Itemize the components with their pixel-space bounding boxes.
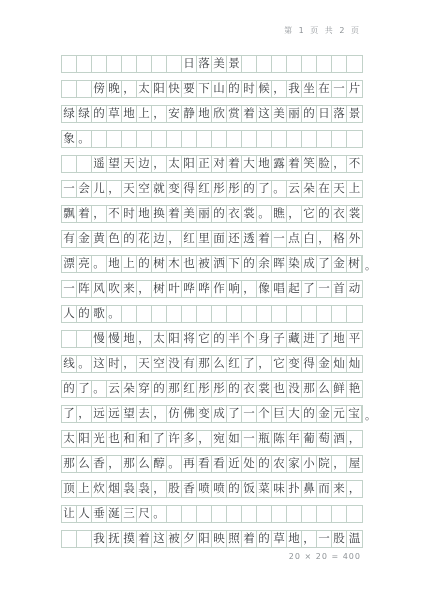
grid-cell: 晖 [272,256,287,272]
grid-cell: 上 [77,481,92,497]
grid-cell: 的 [302,406,317,422]
grid-cell: 。 [257,206,272,222]
grid-cell: 亮 [77,256,92,272]
grid-cell: 露 [272,156,287,172]
grid-cell: 瓶 [257,431,272,447]
grid-cell: 喷 [212,481,227,497]
grid-cell: ， [332,456,347,472]
grid-cell: 下 [197,81,212,97]
grid-row: 慢慢地，太阳将它的半个身子藏进了地平 [61,330,363,348]
grid-cell: 响 [227,281,242,297]
grid-cell [62,331,77,347]
grid-cell: 变 [167,181,182,197]
grid-cell: 树 [152,256,167,272]
grid-cell [137,306,152,322]
grid-cell: 灿 [332,356,347,372]
grid-cell: 了 [257,181,272,197]
grid-cell [212,306,227,322]
grid-cell [152,306,167,322]
grid-cell: 股 [167,481,182,497]
grid-cell: 鼻 [302,481,317,497]
grid-cell: 红 [227,356,242,372]
grid-cell: 。 [92,381,107,397]
grid-cell: 去 [137,406,152,422]
grid-cell [257,306,272,322]
grid-cell [167,131,182,147]
grid-cell: 光 [92,431,107,447]
grid-cell: 。 [152,506,167,522]
grid-cell: 上 [122,256,137,272]
grid-cell: 正 [197,156,212,172]
grid-cell: 裳 [242,206,257,222]
grid-cell [227,306,242,322]
grid-cell: 个 [242,331,257,347]
grid-cell: 换 [152,206,167,222]
grid-cell: 云 [287,181,302,197]
grid-cell: 炊 [92,481,107,497]
grid-cell: 彤 [212,381,227,397]
grid-cell [152,56,167,72]
grid-cell: 太 [152,331,167,347]
grid-cell [212,506,227,522]
grid-cell: ， [257,356,272,372]
grid-row: 太阳光也和和了许多，宛如一瓶陈年葡萄酒， [61,430,363,448]
grid-cell: 地 [122,331,137,347]
grid-cell: 地 [197,106,212,122]
grid-cell [287,306,302,322]
grid-cell: 香 [92,456,107,472]
grid-cell: ， [347,431,362,447]
grid-cell: 首 [332,281,347,297]
grid-cell: 笑 [302,156,317,172]
grid-cell: 没 [287,381,302,397]
grid-cell [92,131,107,147]
grid-cell: 美 [272,106,287,122]
grid-cell: 那 [122,456,137,472]
grid-cell: 阵 [77,281,92,297]
grid-cell: 在 [317,81,332,97]
grid-cell [347,131,362,147]
grid-cell: 金 [317,356,332,372]
grid-cell [317,56,332,72]
grid-cell: 阳 [182,156,197,172]
grid-row: 飘着，不时地换着美丽的衣裳。瞧，它的衣裳 [61,205,363,223]
grid-cell: 对 [212,156,227,172]
grid-cell: 它 [302,206,317,222]
grid-cell: 慢 [107,331,122,347]
composition-page: 第 1 页 共 2 页 日落美景傍晚，太阳快要下山的时候，我坐在一片绿绿的草地上… [0,0,423,600]
grid-cell: 脸 [317,156,332,172]
grid-cell: 格 [332,231,347,247]
grid-row: 让人垂涎三尺。 [61,505,363,523]
grid-cell [272,506,287,522]
grid-cell: 这 [152,531,167,547]
grid-cell: 上 [347,181,362,197]
grid-cell: 景 [347,106,362,122]
grid-cell [257,131,272,147]
grid-cell [182,131,197,147]
grid-cell: 饭 [242,481,257,497]
grid-cell [317,306,332,322]
grid-cell [137,56,152,72]
grid-cell: 么 [317,381,332,397]
grid-cell [272,306,287,322]
grid-cell: 里 [197,231,212,247]
grid-cell: 宛 [212,431,227,447]
grid-cell: 朵 [122,381,137,397]
grid-cell: 仿 [167,406,182,422]
grid-cell: 么 [77,456,92,472]
grid-cell: 候 [257,81,272,97]
grid-cell: 。 [92,256,107,272]
grid-cell [167,306,182,322]
grid-cell: 抚 [107,531,122,547]
grid-cell: 丽 [287,106,302,122]
grid-row: 遥望天边，太阳正对着大地露着笑脸，不 [61,155,363,173]
grid-cell: 烟 [107,481,122,497]
grid-cell: 那 [167,381,182,397]
grid-cell: 阳 [197,531,212,547]
grid-cell: 太 [62,431,77,447]
grid-cell [242,56,257,72]
grid-cell: 变 [197,406,212,422]
grid-cell: 着 [77,206,92,222]
grid-cell: 望 [107,156,122,172]
grid-cell: 赏 [227,106,242,122]
grid-cell: 绿 [62,106,77,122]
grid-cell [197,131,212,147]
grid-cell: ， [152,156,167,172]
grid-cell: 山 [212,81,227,97]
grid-cell [197,306,212,322]
grid-cell: 裳 [257,381,272,397]
grid-cell: 。 [107,306,122,322]
grid-cell: 在 [317,181,332,197]
grid-cell: 起 [287,281,302,297]
grid-cell: 云 [107,381,122,397]
grid-cell: 一 [62,181,77,197]
grid-cell: 味 [272,481,287,497]
grid-cell: 半 [227,331,242,347]
grid-cell [152,131,167,147]
grid-cell [257,506,272,522]
grid-cell: 唱 [272,281,287,297]
grid-cell: 将 [182,331,197,347]
grid-cell: 望 [122,406,137,422]
grid-cell: 歌 [92,306,107,322]
grid-cell: 的 [137,256,152,272]
grid-cell: ， [152,106,167,122]
grid-cell: 安 [167,106,182,122]
grid-cell: 儿 [92,181,107,197]
grid-cell [347,306,362,322]
grid-cell [77,56,92,72]
grid-cell: 的 [257,531,272,547]
grid-cell: ， [287,206,302,222]
grid-cell: 的 [242,256,257,272]
grid-cell: 就 [152,181,167,197]
grid-cell: 。 [77,356,92,372]
grid-cell: 来 [332,481,347,497]
grid-cell [107,131,122,147]
grid-cell: 。 [167,456,182,472]
grid-cell [227,506,242,522]
grid-cell [287,506,302,522]
grid-cell: 的 [227,81,242,97]
grid-cell: 的 [77,306,92,322]
grid-cell: 落 [197,56,212,72]
grid-cell: 人 [62,306,77,322]
hanging-punctuation: 。 [365,257,376,273]
grid-cell: 大 [242,156,257,172]
grid-cell: 丽 [197,206,212,222]
grid-cell: 着 [257,231,272,247]
grid-cell: 地 [257,156,272,172]
grid-cell: 一 [62,281,77,297]
grid-cell: 哗 [197,281,212,297]
grid-cell: 有 [62,231,77,247]
grid-cell: 不 [347,156,362,172]
grid-cell: 和 [122,431,137,447]
grid-cell: 红 [182,231,197,247]
grid-cell: 成 [302,256,317,272]
grid-cell: 树 [347,256,362,272]
grid-cell: 吹 [107,281,122,297]
grid-cell: 这 [257,106,272,122]
grid-cell: 一 [317,281,332,297]
grid-cell: 变 [287,356,302,372]
grid-cell [77,156,92,172]
grid-cell: 穿 [137,381,152,397]
grid-cell: 金 [332,256,347,272]
grid-cell: 时 [242,81,257,97]
grid-cell: 着 [137,531,152,547]
grid-cell: 处 [242,456,257,472]
grid-cell: 那 [302,381,317,397]
grid-cell: 的 [227,481,242,497]
grid-row: 日落美景 [61,55,363,73]
grid-cell: 朵 [302,181,317,197]
grid-cell: 遥 [92,156,107,172]
grid-cell: 香 [182,481,197,497]
grid-cell: 染 [287,256,302,272]
grid-cell: 余 [257,256,272,272]
grid-cell: 作 [212,281,227,297]
grid-cell: 如 [227,431,242,447]
grid-cell: 子 [272,331,287,347]
grid-cell: 宝 [347,406,362,422]
grid-cell: 摸 [122,531,137,547]
grid-cell: 再 [182,456,197,472]
grid-cell: 顶 [62,481,77,497]
grid-cell: 巨 [272,406,287,422]
grid-cell: 天 [122,181,137,197]
grid-cell: 边 [137,156,152,172]
grid-row: 线。这时，天空没有那么红了，它变得金灿灿 [61,355,363,373]
grid-cell: 屋 [347,456,362,472]
grid-cell: 外 [347,231,362,247]
grid-cell: ， [302,531,317,547]
grid-cell: 得 [302,356,317,372]
grid-cell: 也 [182,256,197,272]
grid-cell: 了 [317,331,332,347]
grid-cell: 草 [272,531,287,547]
grid-cell: 彤 [227,181,242,197]
grid-cell: 美 [212,56,227,72]
grid-cell: ， [92,206,107,222]
grid-cell: 的 [302,106,317,122]
grid-cell: ， [137,281,152,297]
grid-cell: 太 [167,156,182,172]
grid-cell [287,56,302,72]
grid-cell: 菜 [257,481,272,497]
grid-cell [302,56,317,72]
grid-cell: 欣 [212,106,227,122]
grid-cell: 有 [182,356,197,372]
grid-cell: 年 [287,431,302,447]
grid-row: 我抚摸着这被夕阳映照着的草地，一股温 [61,530,363,548]
grid-cell: 的 [62,381,77,397]
grid-row: 了，远远望去，仿佛变成了一个巨大的金元宝。 [61,405,363,423]
grid-cell: 白 [302,231,317,247]
grid-cell [347,56,362,72]
grid-row: 漂亮。地上的树木也被洒下的余晖染成了金树。 [61,255,363,273]
grid-cell: 垂 [92,506,107,522]
grid-cell: 我 [287,81,302,97]
grid-cell [77,531,92,547]
grid-cell: 太 [137,81,152,97]
grid-cell: 艳 [347,381,362,397]
grid-cell: 多 [182,431,197,447]
grid-cell: 的 [212,206,227,222]
grid-cell: 得 [182,181,197,197]
grid-cell: 天 [122,156,137,172]
grid-cell: 花 [137,231,152,247]
grid-cell: 天 [332,181,347,197]
grid-cell: 也 [272,381,287,397]
grid-cell: 日 [317,106,332,122]
grid-cell [242,131,257,147]
grid-cell: 喷 [197,481,212,497]
grid-cell [122,306,137,322]
grid-cell: 和 [137,431,152,447]
grid-cell: 了 [77,381,92,397]
grid-cell: 元 [332,406,347,422]
grid-cell: 片 [347,81,362,97]
grid-cell [182,306,197,322]
grid-cell: 也 [107,431,122,447]
grid-cell [62,156,77,172]
grid-cell: 而 [317,481,332,497]
grid-cell: 它 [272,356,287,372]
grid-cell: 不 [107,206,122,222]
grid-cell: 空 [152,356,167,372]
grid-cell: 裳 [347,206,362,222]
grid-cell [122,56,137,72]
grid-cell: 被 [197,256,212,272]
grid-cell: ， [137,331,152,347]
grid-cell: 点 [287,231,302,247]
grid-cell: 的 [317,206,332,222]
grid-cell: 时 [107,356,122,372]
grid-cell: 要 [182,81,197,97]
grid-cell [92,56,107,72]
grid-cell [317,131,332,147]
grid-row: 象。 [61,130,363,148]
grid-cell: 金 [317,406,332,422]
grid-cell: 红 [182,381,197,397]
grid-cell: 着 [287,156,302,172]
grid-cell [227,131,242,147]
grid-cell: ， [332,156,347,172]
grid-cell: 没 [167,356,182,372]
grid-cell: 的 [257,456,272,472]
grid-cell: 阳 [152,81,167,97]
grid-cell: 慢 [92,331,107,347]
grid-cell [302,306,317,322]
grid-cell: 一 [317,531,332,547]
grid-cell: 进 [302,331,317,347]
grid-cell: ， [122,81,137,97]
grid-cell: 景 [227,56,242,72]
grid-cell: 静 [182,106,197,122]
grid-row: 绿绿的草地上，安静地欣赏着这美丽的日落景 [61,105,363,123]
grid-cell: 尺 [137,506,152,522]
grid-cell: 小 [302,456,317,472]
grid-cell: 让 [62,506,77,522]
grid-cell: 。 [77,131,92,147]
grid-cell: 了 [242,356,257,372]
grid-cell [242,506,257,522]
grid-cell: ， [152,481,167,497]
grid-cell: 飘 [62,206,77,222]
grid-cell: 线 [62,356,77,372]
grid-cell: 面 [212,231,227,247]
grid-cell [122,131,137,147]
grid-cell: 一 [242,431,257,447]
grid-cell: 看 [212,456,227,472]
grid-cell: ， [122,356,137,372]
grid-cell: 三 [122,506,137,522]
grid-cell [302,131,317,147]
grid-cell: 黄 [92,231,107,247]
grid-cell: 地 [107,256,122,272]
grid-cell [272,131,287,147]
grid-cell: 风 [92,281,107,297]
grid-cell: 美 [182,206,197,222]
grid-cell: 的 [92,106,107,122]
grid-cell: 金 [77,231,92,247]
grid-cell [272,56,287,72]
grid-cell: 坐 [302,81,317,97]
grid-cell: ， [167,231,182,247]
grid-cell: 看 [197,456,212,472]
grid-cell: 快 [167,81,182,97]
grid-cell: 晚 [107,81,122,97]
grid-cell: 映 [212,531,227,547]
grid-cell: 叶 [167,281,182,297]
grid-cell: 彤 [212,181,227,197]
grid-cell: 像 [257,281,272,297]
grid-row: 傍晚，太阳快要下山的时候，我坐在一片 [61,80,363,98]
grid-cell [137,131,152,147]
grid-cell [77,81,92,97]
grid-cell: 绿 [77,106,92,122]
grid-cell [167,506,182,522]
grid-cell: 着 [242,531,257,547]
grid-cell: 那 [197,356,212,372]
grid-cell: 地 [332,331,347,347]
